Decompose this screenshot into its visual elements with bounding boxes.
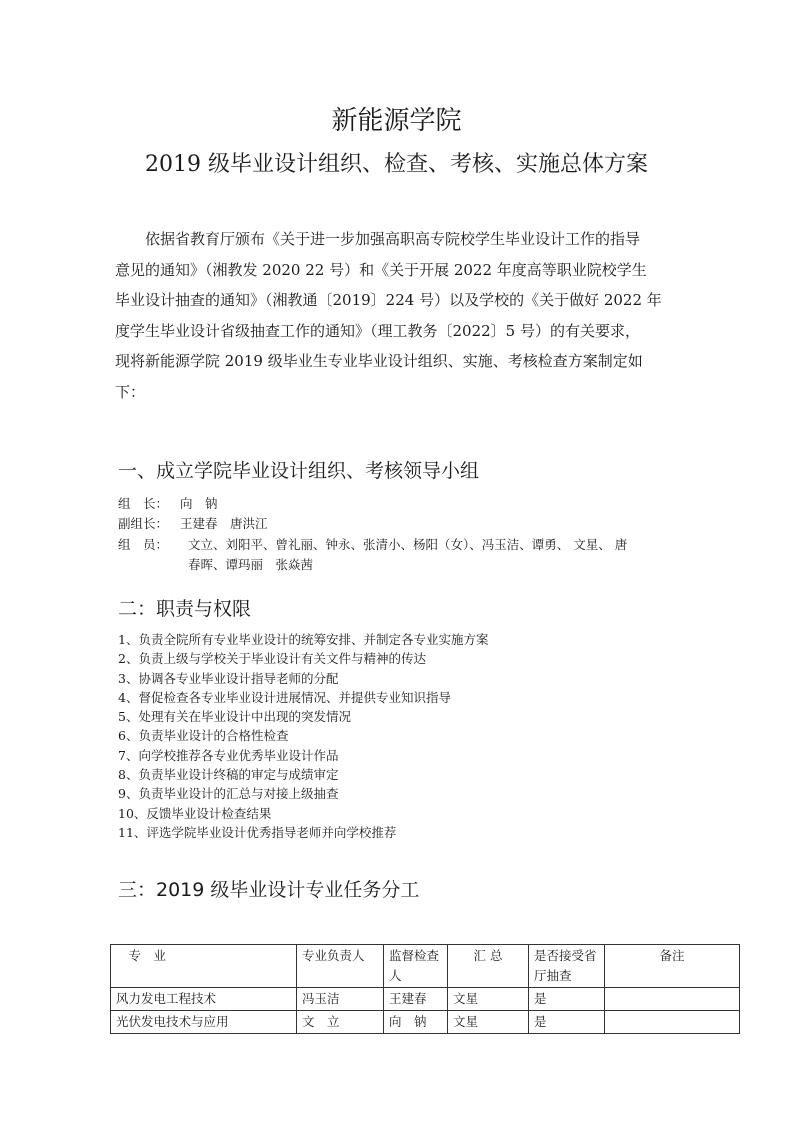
members-row-continued: 春晖、谭玛丽 张焱茜 [188, 555, 313, 575]
list-item: 4、督促检查各专业毕业设计进展情况、并提供专业知识指导 [118, 688, 488, 707]
leader-name: 向 钠 [180, 496, 218, 511]
members-row: 组 员：文立、刘阳平、曾礼丽、钟永、张清小、杨阳（女）、冯玉洁、谭勇、 文星、 … [118, 535, 627, 555]
cell-remarks [605, 1011, 740, 1034]
section-heading-2: 二：职责与权限 [118, 594, 251, 621]
list-item: 9、负责毕业设计的汇总与对接上级抽查 [118, 784, 488, 803]
cell-major-lead: 冯玉洁 [297, 988, 384, 1011]
cell-provincial-check: 是 [529, 988, 605, 1011]
cell-major-lead: 文 立 [297, 1011, 384, 1034]
section-heading-1: 一、成立学院毕业设计组织、考核领导小组 [118, 456, 479, 483]
header-supervisor: 监督检查人 [384, 945, 448, 988]
header-summary: 汇 总 [448, 945, 529, 988]
list-item: 1、负责全院所有专业毕业设计的统筹安排、并制定各专业实施方案 [118, 630, 488, 649]
list-item: 3、协调各专业毕业设计指导老师的分配 [118, 669, 488, 688]
list-item: 2、负责上级与学校关于毕业设计有关文件与精神的传达 [118, 649, 488, 668]
header-provincial-check: 是否接受省厅抽查 [529, 945, 605, 988]
page-title: 新能源学院 [0, 100, 793, 137]
header-remarks: 备注 [605, 945, 740, 988]
intro-line: 依据省教育厅颁布《关于进一步加强高职高专院校学生毕业设计工作的指导 [115, 224, 681, 255]
leader-label: 组 长： [118, 494, 180, 514]
intro-line: 毕业设计抽查的通知》（湘教通〔2019〕224 号）以及学校的《关于做好 202… [115, 285, 681, 316]
intro-line: 度学生毕业设计省级抽查工作的通知》（理工教务〔2022〕5 号）的有关要求， [115, 316, 681, 347]
list-item: 6、负责毕业设计的合格性检查 [118, 726, 488, 745]
table-header-row: 专 业 专业负责人 监督检查人 汇 总 是否接受省厅抽查 备注 [111, 945, 740, 988]
intro-line: 下： [115, 377, 681, 408]
cell-provincial-check: 是 [529, 1011, 605, 1034]
leader-row: 组 长：向 钠 [118, 494, 218, 514]
table-row: 风力发电工程技术 冯玉洁 王建春 文星 是 [111, 988, 740, 1011]
deputy-row: 副组长：王建春 唐洪江 [118, 514, 268, 534]
cell-supervisor: 王建春 [384, 988, 448, 1011]
members-label: 组 员： [118, 535, 188, 555]
document-subtitle: 2019 级毕业设计组织、检查、考核、实施总体方案 [0, 147, 793, 178]
responsibilities-list: 1、负责全院所有专业毕业设计的统筹安排、并制定各专业实施方案 2、负责上级与学校… [118, 630, 488, 842]
section-heading-3: 三：2019 级毕业设计专业任务分工 [118, 875, 419, 902]
deputy-names: 王建春 唐洪江 [180, 516, 268, 531]
members-names-line2: 春晖、谭玛丽 张焱茜 [188, 557, 313, 572]
cell-major: 光伏发电技术与应用 [111, 1011, 297, 1034]
list-item: 10、反馈毕业设计检查结果 [118, 804, 488, 823]
cell-remarks [605, 988, 740, 1011]
table-row: 光伏发电技术与应用 文 立 向 钠 文星 是 [111, 1011, 740, 1034]
intro-line: 现将新能源学院 2019 级毕业生专业毕业设计组织、实施、考核检查方案制定如 [115, 346, 681, 377]
header-major-lead: 专业负责人 [297, 945, 384, 988]
task-assignment-table: 专 业 专业负责人 监督检查人 汇 总 是否接受省厅抽查 备注 风力发电工程技术… [110, 944, 740, 1034]
list-item: 8、负责毕业设计终稿的审定与成绩审定 [118, 765, 488, 784]
cell-summary: 文星 [448, 988, 529, 1011]
list-item: 5、处理有关在毕业设计中出现的突发情况 [118, 707, 488, 726]
cell-major: 风力发电工程技术 [111, 988, 297, 1011]
intro-line: 意见的通知》（湘教发 2020 22 号）和《关于开展 2022 年度高等职业院… [115, 255, 681, 286]
intro-paragraph: 依据省教育厅颁布《关于进一步加强高职高专院校学生毕业设计工作的指导 意见的通知》… [115, 224, 681, 407]
cell-supervisor: 向 钠 [384, 1011, 448, 1034]
members-names-line1: 文立、刘阳平、曾礼丽、钟永、张清小、杨阳（女）、冯玉洁、谭勇、 文星、 唐 [188, 537, 627, 552]
cell-summary: 文星 [448, 1011, 529, 1034]
deputy-label: 副组长： [118, 514, 180, 534]
header-major: 专 业 [111, 945, 297, 988]
list-item: 7、向学校推荐各专业优秀毕业设计作品 [118, 746, 488, 765]
list-item: 11、评选学院毕业设计优秀指导老师并向学校推荐 [118, 823, 488, 842]
